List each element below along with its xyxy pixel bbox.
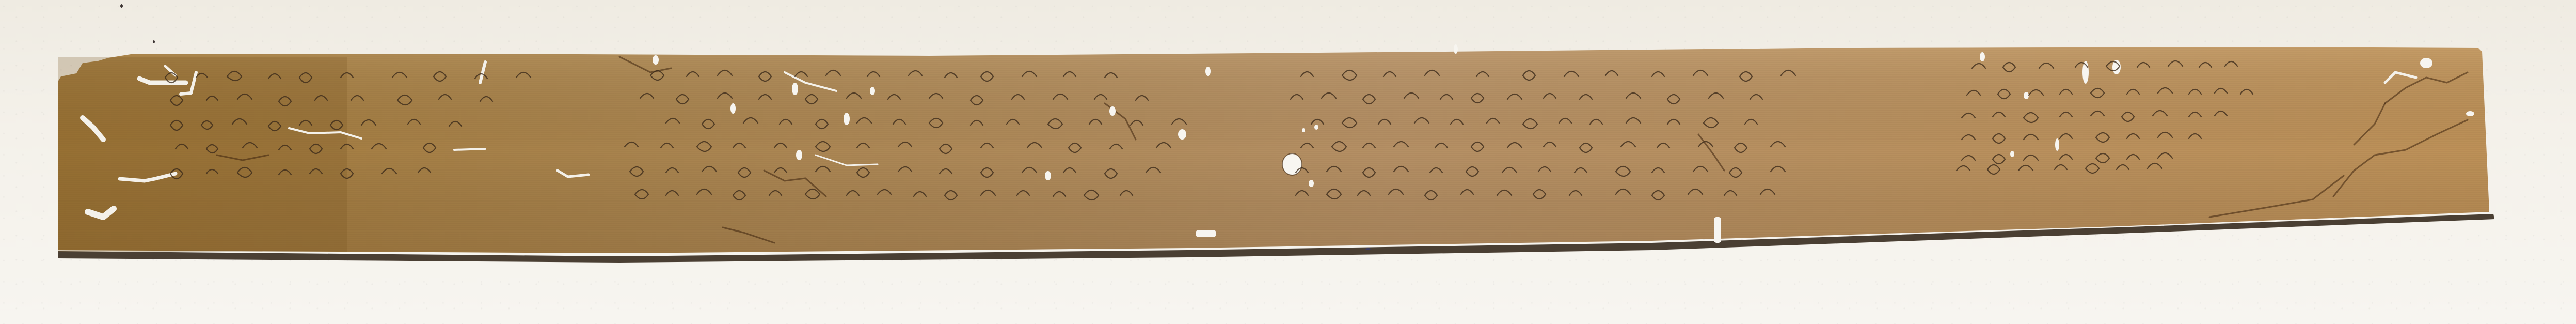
binding-hole bbox=[1282, 153, 1302, 175]
background-speck bbox=[1365, 248, 1371, 250]
background-speck bbox=[120, 4, 123, 8]
leaf-illustration bbox=[0, 0, 2576, 324]
background-speck bbox=[153, 40, 155, 43]
palm-leaf-manuscript bbox=[0, 0, 2576, 324]
